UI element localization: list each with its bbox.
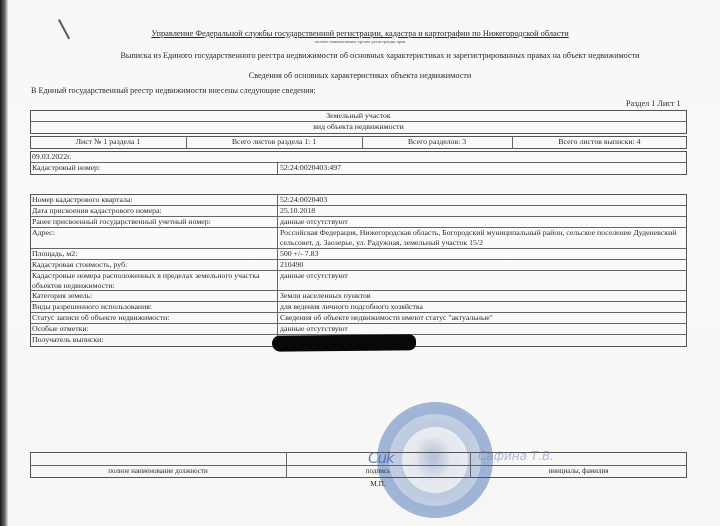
- stamp-place: М.П.: [286, 479, 470, 489]
- sheet-number: Лист № 1 раздела 1: [30, 137, 186, 147]
- position-caption: полное наименование должности: [30, 466, 286, 476]
- detail-value-land-category: Земли населенных пунктов: [280, 291, 371, 301]
- page-reference: Раздел 1 Лист 1: [626, 99, 681, 109]
- detail-label-record-status: Статус записи об объекте недвижимости:: [32, 313, 169, 323]
- authority-caption: полное наименование органа регистрации п…: [0, 39, 720, 45]
- total-extract-sheets: Всего листов выписки: 4: [512, 137, 687, 147]
- total-section-sheets: Всего листов раздела 1: 1: [186, 137, 362, 147]
- detail-label-inner-objects: Кадастровые номера расположенных в преде…: [32, 271, 272, 291]
- handwritten-signature: Сuk: [368, 449, 394, 467]
- cadastral-number-label: Кадастровый номер:: [32, 163, 100, 173]
- object-type: Земельный участок: [30, 111, 687, 121]
- redaction-mark: [272, 334, 416, 352]
- divider: [30, 259, 687, 260]
- detail-label-cost: Кадастровая стоимость, руб:: [32, 260, 127, 270]
- detail-label-prev-number: Ранее присвоенный государственный учетны…: [32, 217, 211, 227]
- divider: [30, 248, 687, 249]
- detail-label-land-category: Категория земель:: [32, 291, 92, 301]
- signer-name: Сафина Т.В.: [478, 449, 554, 463]
- detail-label-recipient: Получатель выписки:: [32, 335, 104, 345]
- detail-value-area: 500 +/- 7.83: [280, 249, 318, 259]
- total-sections: Всего разделов: 3: [362, 137, 512, 147]
- detail-value-special-notes: данные отсутствуют: [280, 324, 348, 334]
- detail-label-area: Площадь, м2:: [32, 249, 77, 259]
- detail-label-assign-date: Дата присвоения кадастрового номера:: [32, 206, 162, 216]
- name-caption: инициалы, фамилия: [470, 466, 687, 476]
- divider: [277, 162, 278, 175]
- extract-date: 09.03.2022г.: [32, 152, 71, 162]
- divider: [30, 323, 687, 324]
- signature-caption: подпись: [286, 466, 470, 476]
- detail-label-special-notes: Особые отметки:: [32, 324, 89, 334]
- divider: [30, 162, 687, 163]
- detail-value-inner-objects: данные отсутствуют: [280, 271, 348, 281]
- detail-value-prev-number: данные отсутствуют: [280, 217, 348, 227]
- detail-label-quarter: Номер кадастрового квартала:: [32, 195, 133, 205]
- detail-value-quarter: 52:24:0020403: [280, 195, 327, 205]
- detail-label-address: Адрес:: [32, 228, 55, 238]
- detail-value-permitted-use: для ведения личного подсобного хозяйства: [280, 302, 423, 312]
- cadastral-number-value: 52:24:0020403:497: [280, 163, 341, 173]
- detail-value-record-status: Сведения об объекте недвижимости имеют с…: [280, 313, 493, 323]
- detail-value-address: Российская Федерация, Нижегородская обла…: [280, 228, 685, 248]
- detail-value-assign-date: 25.10.2018: [280, 206, 315, 216]
- cadastral-table: [30, 151, 687, 175]
- extract-title: Выписка из Единого государственного реес…: [40, 51, 720, 61]
- detail-label-permitted-use: Виды разрешенного использования:: [32, 302, 152, 312]
- section-title: Сведения об основных характеристиках объ…: [0, 71, 720, 81]
- object-type-caption: вид объекта недвижимости: [30, 122, 687, 132]
- intro-text: В Единый государственный реестр недвижим…: [31, 86, 316, 96]
- detail-value-cost: 210490: [280, 260, 303, 270]
- authority-name: Управление Федеральной службы государств…: [0, 29, 720, 39]
